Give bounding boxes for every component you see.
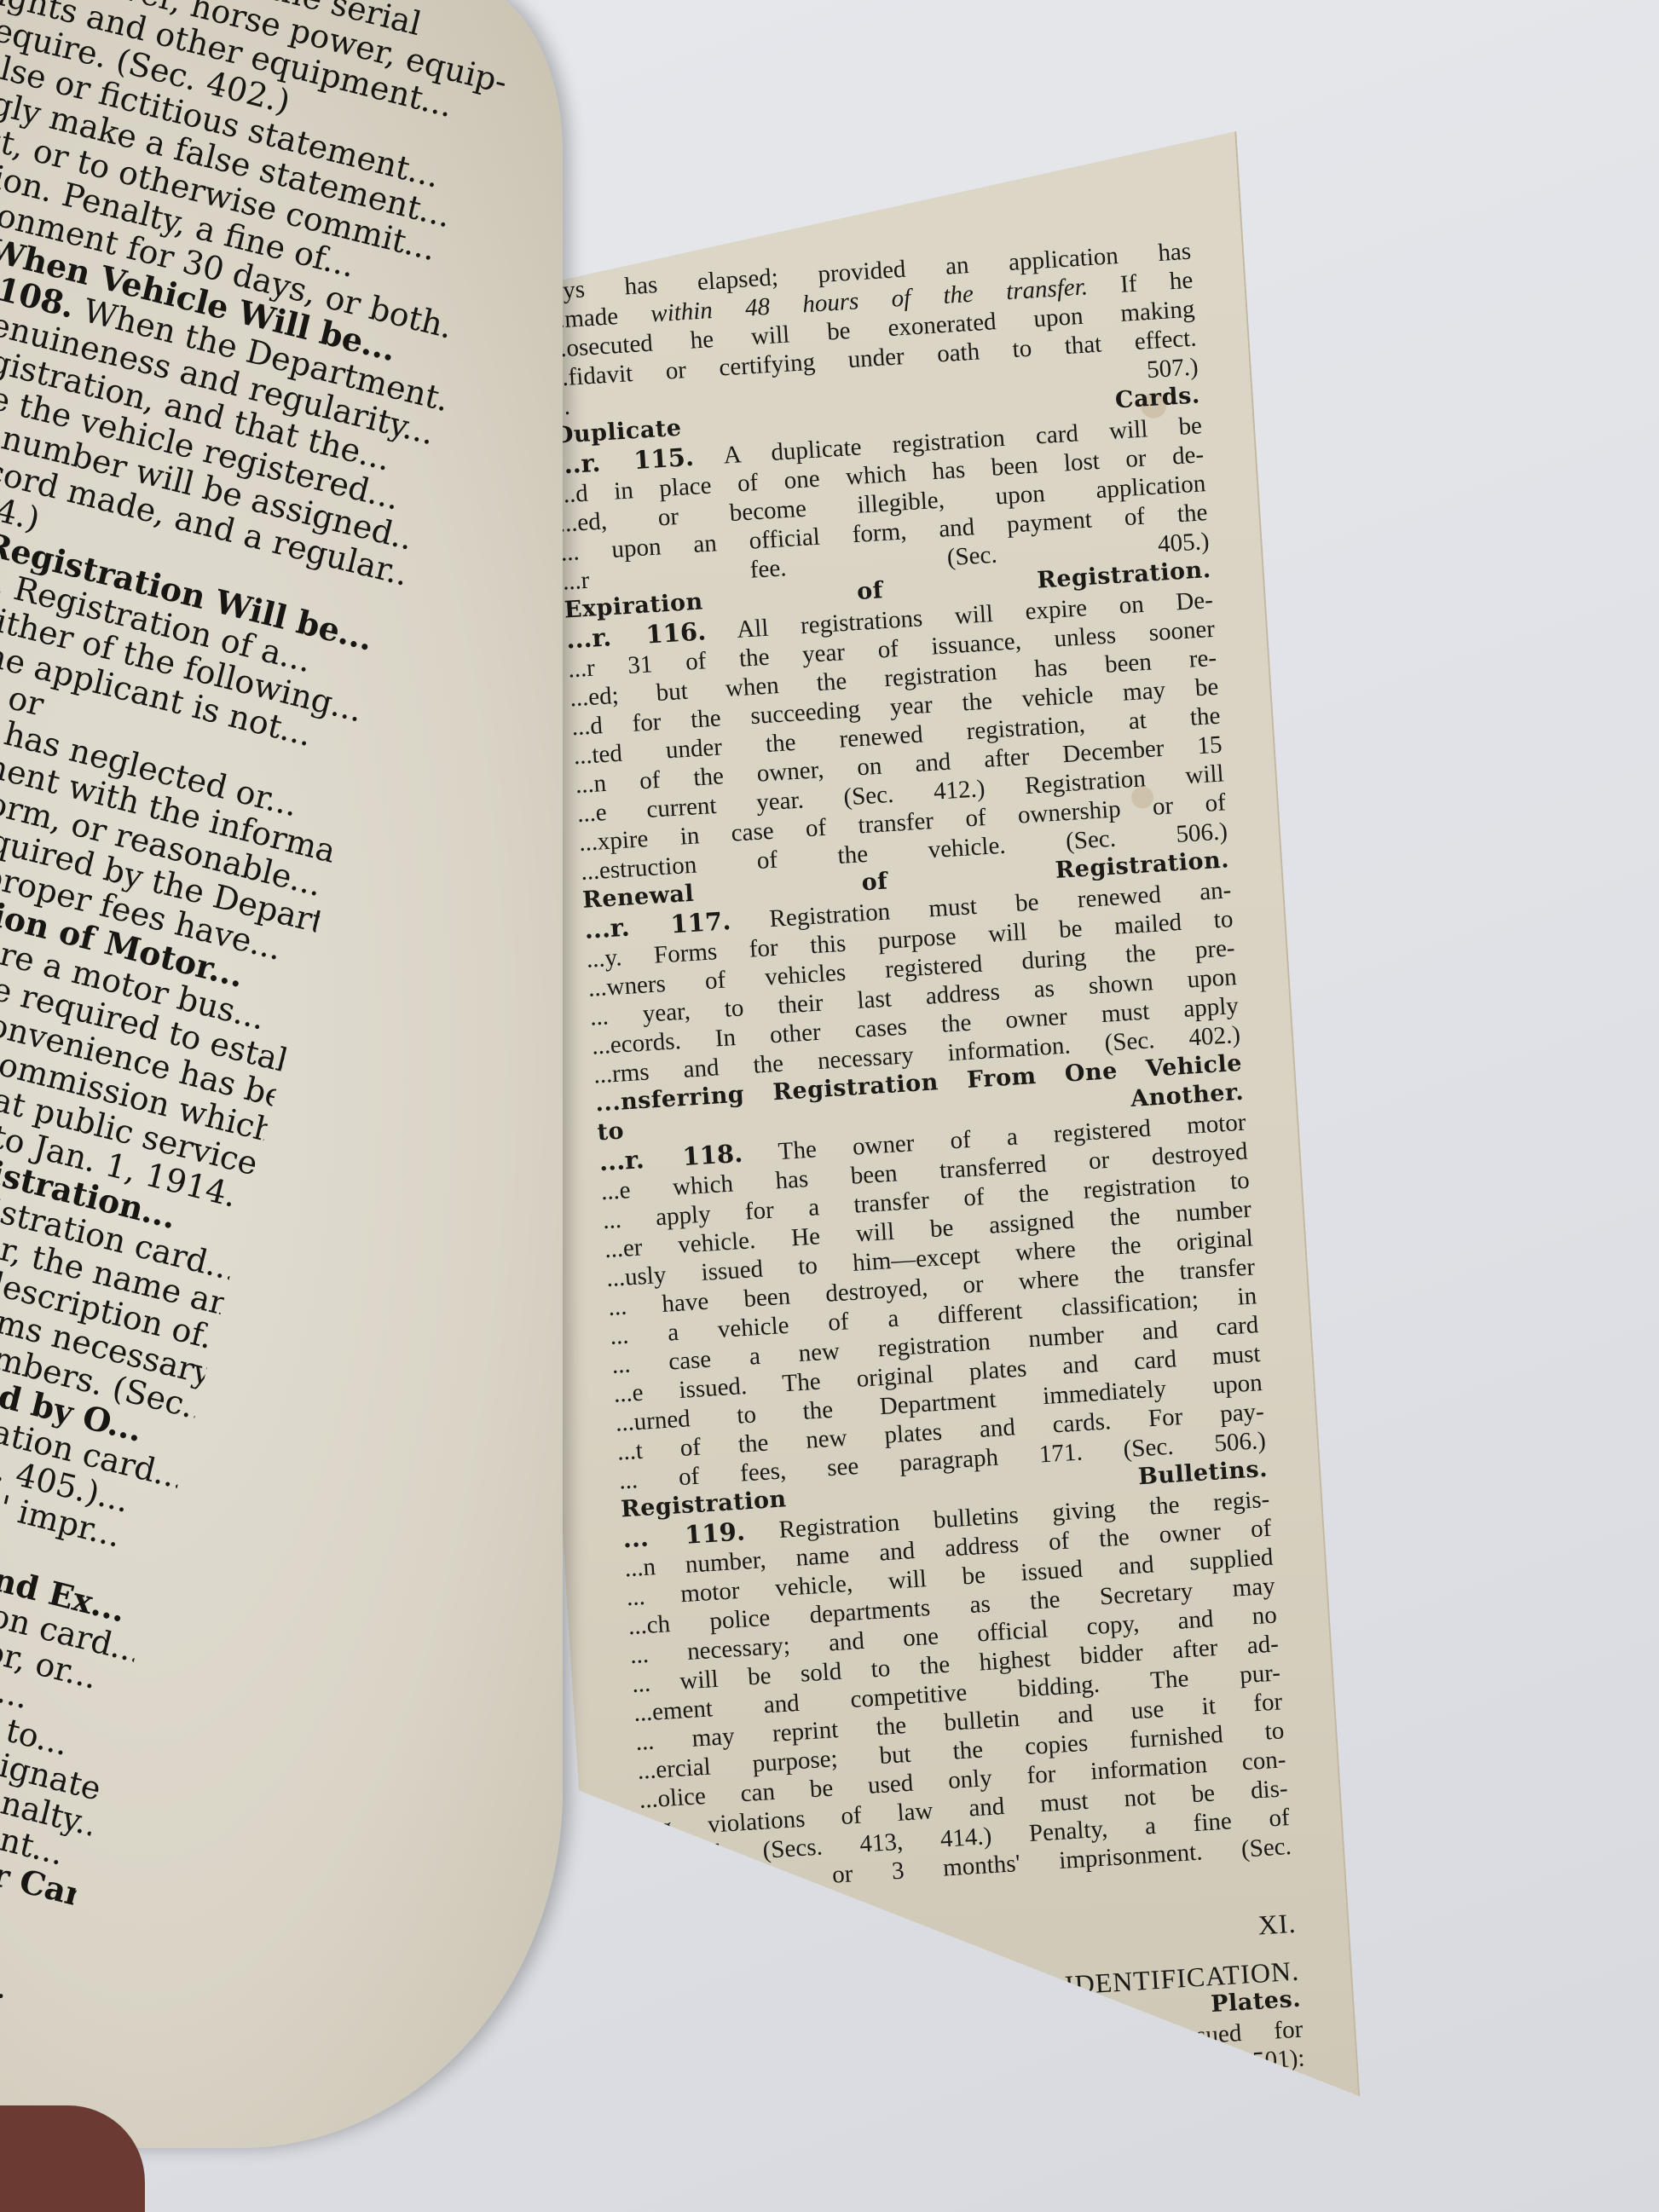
paragraph-text: Registration plates will be issued for [809, 2016, 1304, 2074]
left-page: ...ve concerning the serial...ne power, … [0, 0, 563, 2148]
left-page-text: ...ve concerning the serial...ne power, … [0, 0, 539, 2198]
photo-scene: ...ys has elapsed; provided an applicati… [0, 0, 1659, 2212]
text-line: ...motor vehicle as follows (Sec. 501): [657, 2043, 1306, 2113]
right-page-text: ...ys has elapsed; provided an applicati… [543, 237, 1308, 2154]
right-page: ...ys has elapsed; provided an applicati… [477, 131, 1360, 2144]
paragraph-number: ... 120. [656, 2047, 778, 2083]
page-number: (21) [660, 2084, 1309, 2154]
paragraph-start: ... 120. Registration plates will be iss… [656, 2014, 1304, 2085]
